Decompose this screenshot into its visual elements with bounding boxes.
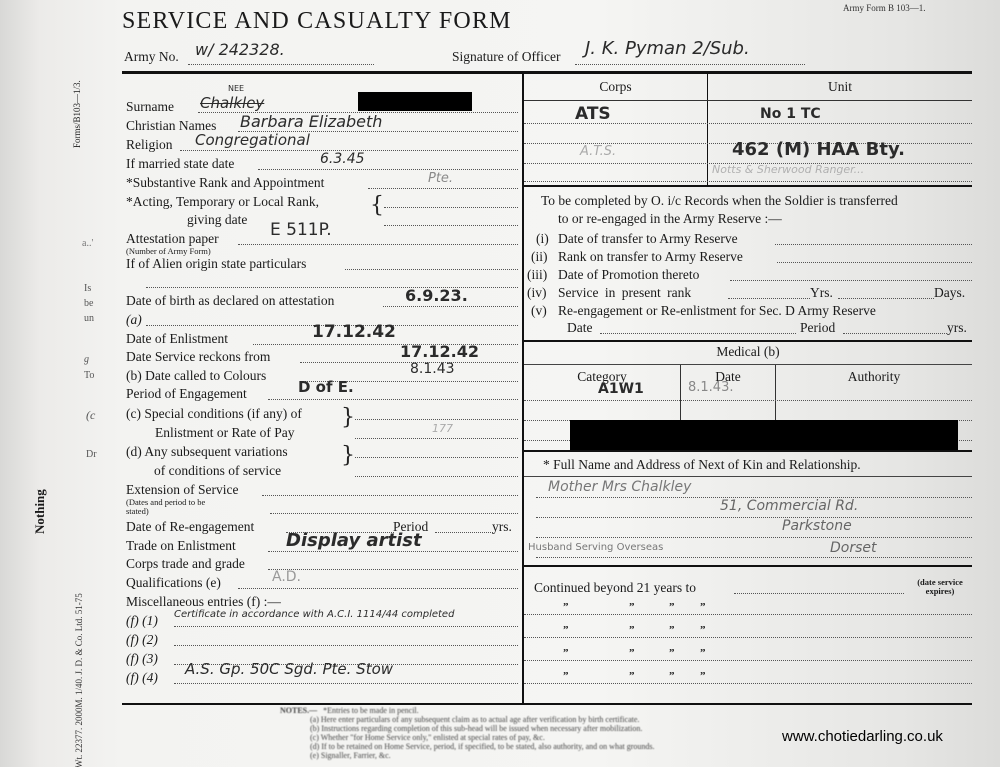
engagement-value: D of E. [298, 378, 354, 396]
notes-line: (e) Signaller, Farrier, &c. [280, 751, 655, 760]
ditto-mark: ” [700, 601, 706, 613]
reserve-intro-2: to or re-engaged in the Army Reserve :— [558, 211, 782, 227]
margin-fragment: (c [86, 408, 95, 423]
reserve-item-line [777, 262, 972, 263]
margin-fragment: g [84, 354, 89, 365]
margin-fragment: To [84, 370, 94, 381]
engagement-label: Period of Engagement [126, 386, 247, 402]
attestation-line [238, 244, 518, 245]
nee-annotation: NEE [228, 84, 244, 93]
next-of-kin-bottom-rule [524, 565, 972, 567]
corps-trade-line [268, 569, 518, 570]
nothing-stamp: Nothing [32, 489, 48, 534]
substantive-rank-line [368, 188, 518, 189]
trade-label: Trade on Enlistment [126, 538, 236, 554]
reserve-bottom-rule [524, 340, 972, 342]
notes-line: (c) Whether "for Home Service only," enl… [280, 733, 655, 742]
attestation-sublabel: (Number of Army Form) [126, 247, 211, 256]
ditto-mark: ” [563, 624, 569, 636]
margin-fragment: a..' [82, 238, 93, 249]
corps-header: Corps [524, 79, 707, 95]
form-sheet: SERVICE AND CASUALTY FORM Army Form B 10… [0, 0, 1000, 767]
reserve-yrs-label: yrs. [947, 320, 967, 336]
extension-sublabel: (Dates and period to be stated) [126, 498, 226, 516]
reserve-item-label: Re-engagement or Re-enlistment for Sec. … [558, 303, 876, 319]
notes-heading: NOTES.— [280, 706, 317, 715]
next-of-kin-line [536, 557, 972, 558]
next-of-kin-title-rule [524, 476, 972, 477]
corps-value: A.T.S. [580, 144, 616, 159]
variations-label-2: of conditions of service [154, 463, 281, 479]
special-conditions-label-2: Enlistment or Rate of Pay [155, 425, 294, 441]
column-divider [522, 72, 524, 704]
ditto-mark: ” [563, 670, 569, 682]
acting-rank-line-2 [384, 225, 518, 226]
continued-row-line [524, 637, 972, 638]
misc-entry-label: (f) (4) [126, 670, 158, 686]
brace-icon: { [370, 196, 384, 216]
corps-bottom-rule [524, 185, 972, 187]
ditto-mark: ” [700, 670, 706, 682]
misc-entry-value: A.S. Gp. 50C Sgd. Pte. Stow [185, 660, 393, 678]
continued-label: Continued beyond 21 years to [534, 580, 696, 596]
next-of-kin-line [536, 537, 972, 538]
reserve-days-line [838, 298, 934, 299]
next-of-kin-address: Parkstone [782, 518, 852, 534]
form-title: SERVICE AND CASUALTY FORM [122, 8, 512, 35]
reserve-yrs-label: Yrs. [810, 285, 833, 301]
misc-entry-label: (f) (1) [126, 613, 158, 629]
dob-value: 6.9.23. [405, 286, 468, 305]
substantive-rank-value: Pte. [428, 171, 453, 186]
qualifications-value: A.D. [272, 569, 301, 585]
misc-entry-value: Certificate in accordance with A.C.I. 11… [174, 609, 454, 620]
medical-title-rule [524, 364, 972, 365]
reserve-item-label: Date of transfer to Army Reserve [558, 231, 738, 247]
special-value: 177 [432, 422, 453, 435]
service-reckons-value: 17.12.42 [400, 342, 479, 361]
next-of-kin-line [536, 517, 972, 518]
special-line-1 [355, 419, 518, 420]
ditto-mark: ” [669, 601, 675, 613]
next-of-kin-address: Dorset [830, 540, 877, 556]
variations-line-1 [355, 457, 518, 458]
margin-fragment: Is [84, 283, 91, 294]
religion-value: Congregational [195, 131, 310, 149]
service-reckons-label: Date Service reckons from [126, 349, 270, 365]
unit-value: 462 (M) HAA Bty. [732, 139, 905, 160]
acting-rank-label: *Acting, Temporary or Local Rank, [126, 194, 319, 210]
next-of-kin-address: 51, Commercial Rd. [720, 498, 858, 514]
next-of-kin-overwritten: Husband Serving Overseas [528, 542, 663, 553]
ditto-mark: ” [669, 647, 675, 659]
ditto-mark: ” [700, 624, 706, 636]
medical-row-line [524, 400, 972, 401]
website-watermark: www.chotiedarling.co.uk [782, 728, 943, 745]
ditto-mark: ” [629, 601, 635, 613]
signature-line [575, 64, 805, 65]
misc-entry-line [174, 626, 518, 627]
continued-line [734, 593, 904, 594]
reserve-yrs-line [728, 298, 810, 299]
ditto-mark: ” [700, 647, 706, 659]
extension-label: Extension of Service [126, 482, 238, 498]
continued-row-line [524, 683, 972, 684]
margin-fragment: be [84, 298, 93, 309]
unit-value: Notts & Sherwood Ranger... [712, 163, 864, 176]
medical-bottom-rule [524, 450, 972, 452]
variations-label: (d) Any subsequent variations [126, 444, 288, 460]
religion-label: Religion [126, 137, 173, 153]
engagement-line [268, 399, 518, 400]
ditto-mark: ” [563, 601, 569, 613]
reserve-period-line [843, 333, 947, 334]
enlistment-value: 17.12.42 [312, 322, 396, 342]
ditto-mark: ” [563, 647, 569, 659]
married-date-line [258, 169, 518, 170]
a-label: (a) [126, 312, 142, 328]
next-of-kin-title: * Full Name and Address of Next of Kin a… [543, 457, 861, 473]
unit-header: Unit [708, 79, 972, 95]
margin-fragment: un [84, 313, 94, 324]
unit-value: No 1 TC [760, 106, 821, 122]
reengagement-period-line [435, 532, 493, 533]
reengagement-yrs-label: yrs. [492, 519, 512, 535]
reengagement-label: Date of Re-engagement [126, 519, 254, 535]
variations-line-2 [355, 476, 518, 477]
reserve-item-num: (iii) [527, 267, 547, 283]
christian-names-value: Barbara Elizabeth [240, 112, 382, 131]
reserve-item-line [775, 244, 972, 245]
notes-line: *Entries to be made in pencil. [323, 706, 419, 715]
corps-header-rule [524, 100, 972, 101]
attestation-label: Attestation paper [126, 231, 219, 247]
top-rule [122, 71, 972, 74]
army-no-value: w/ 242328. [195, 40, 285, 59]
colours-label: (b) Date called to Colours [126, 368, 266, 384]
medical-authority-header: Authority [776, 369, 972, 385]
extension-line-1 [262, 495, 518, 496]
married-date-value: 6.3.45 [320, 151, 365, 167]
qualifications-label: Qualifications (e) [126, 575, 221, 591]
ditto-mark: ” [669, 670, 675, 682]
continued-row-line [524, 660, 972, 661]
next-of-kin-name: Mother Mrs Chalkley [548, 479, 691, 495]
special-line-2 [355, 438, 518, 439]
officer-signature: J. K. Pyman 2/Sub. [585, 38, 750, 59]
reserve-item-label: Service in present rank [558, 285, 691, 301]
medical-date-value: 8.1.43. [688, 380, 733, 395]
married-date-label: If married state date [126, 156, 234, 172]
notes-block: NOTES.— *Entries to be made in pencil. (… [280, 706, 655, 760]
reserve-item-label: Rank on transfer to Army Reserve [558, 249, 743, 265]
extension-line-2 [270, 513, 518, 514]
acting-rank-date-label: giving date [187, 212, 247, 228]
acting-rank-line-1 [384, 207, 518, 208]
reserve-item-num: (v) [531, 303, 547, 319]
trade-value: Display artist [286, 530, 422, 551]
misc-entry-line [174, 645, 518, 646]
misc-entries-label: Miscellaneous entries (f) :— [126, 594, 281, 610]
ditto-mark: ” [669, 624, 675, 636]
army-no-label: Army No. [124, 49, 179, 65]
service-reckons-line [300, 362, 518, 363]
signature-label: Signature of Officer [452, 49, 560, 65]
notes-line: (a) Here enter particulars of any subseq… [280, 715, 655, 724]
alien-origin-line [345, 269, 518, 270]
notes-line: (d) If to be retained on Home Service, p… [280, 742, 655, 751]
substantive-rank-label: *Substantive Rank and Appointment [126, 175, 324, 191]
brace-icon: } [341, 446, 355, 466]
enlistment-label: Date of Enlistment [126, 331, 228, 347]
trade-line [268, 551, 518, 552]
surname-struck: Chalkley [200, 94, 264, 112]
alien-origin-label: If of Alien origin state particulars [126, 256, 306, 272]
reserve-intro: To be completed by O. i/c Records when t… [541, 193, 898, 209]
colours-value: 8.1.43 [410, 361, 455, 377]
misc-entry-line [174, 683, 518, 684]
reserve-days-label: Days. [934, 285, 965, 301]
redacted-surname [358, 92, 472, 111]
reserve-date-label: Date [567, 320, 592, 336]
reserve-item-line [730, 280, 972, 281]
corps-value: ATS [575, 104, 611, 124]
redacted-medical [570, 420, 958, 450]
printer-line: Wt. 22377. 2000M. 1/40. J. D. & Co. Ltd.… [74, 593, 84, 767]
medical-title: Medical (b) [524, 344, 972, 360]
reserve-date-line [600, 333, 796, 334]
reserve-item-label: Date of Promotion thereto [558, 267, 699, 283]
continued-note: (date service expires) [908, 578, 972, 596]
reserve-item-num: (ii) [531, 249, 548, 265]
army-no-line [188, 64, 374, 65]
forms-code: Forms/B103—1/3. [72, 80, 82, 148]
qualifications-line [238, 588, 518, 589]
corps-trade-label: Corps trade and grade [126, 556, 245, 572]
ditto-mark: ” [629, 647, 635, 659]
notes-line: (b) Instructions regarding completion of… [280, 724, 655, 733]
special-conditions-label: (c) Special conditions (if any) of [126, 406, 302, 422]
dob-line [383, 306, 518, 307]
attestation-value: E 511P. [270, 220, 332, 240]
reserve-item-num: (iv) [527, 285, 547, 301]
reserve-period-label: Period [800, 320, 835, 336]
continued-row-line [524, 614, 972, 615]
form-number: Army Form B 103—1. [843, 3, 926, 13]
misc-entry-label: (f) (3) [126, 651, 158, 667]
reserve-item-num: (i) [536, 231, 549, 247]
corps-row-line [524, 181, 972, 182]
brace-icon: } [341, 408, 355, 428]
misc-entry-label: (f) (2) [126, 632, 158, 648]
ditto-mark: ” [629, 624, 635, 636]
margin-fragment: Dr [86, 449, 97, 460]
ditto-mark: ” [629, 670, 635, 682]
surname-label: Surname [126, 99, 174, 115]
medical-category-value: A1W1 [598, 381, 644, 397]
bottom-rule [122, 703, 972, 705]
dob-label: Date of birth as declared on attestation [126, 293, 334, 309]
